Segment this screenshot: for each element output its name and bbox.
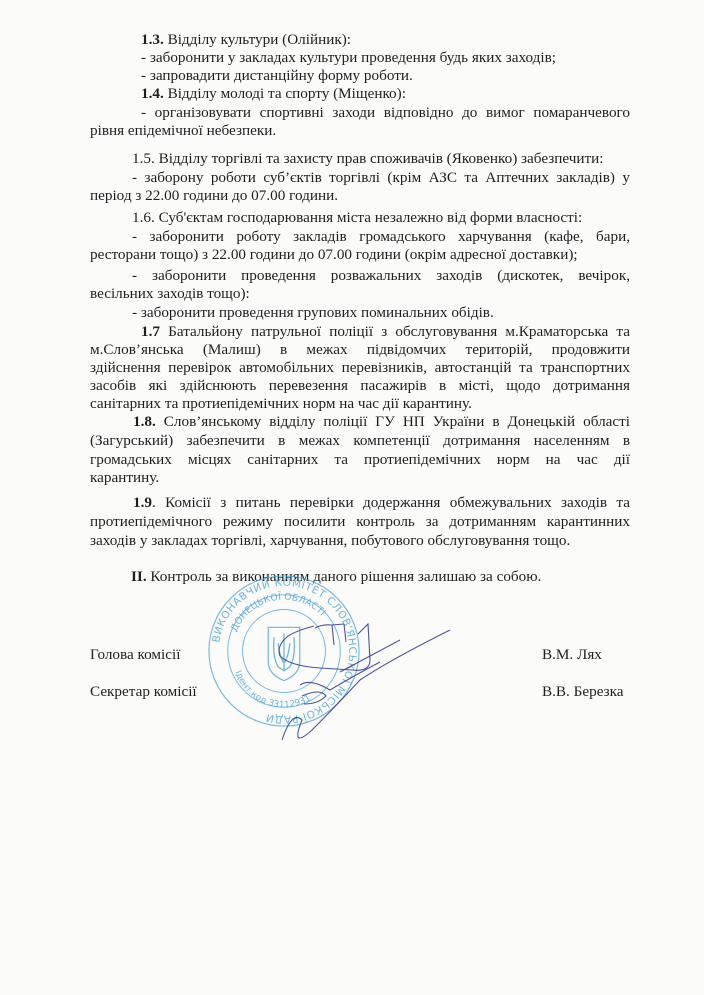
bullet: - заборону роботи суб’єктів торгівлі (кр… (132, 169, 630, 187)
chair-title: Голова комісії (90, 646, 180, 664)
bullet: - заборонити роботу закладів громадськог… (132, 228, 630, 246)
bullet: - заборонити проведення групових поминал… (132, 304, 494, 322)
paragraph-continuation: ресторани тощо) з 22.00 години до 07.00 … (90, 246, 578, 264)
section-1-7-heading: 1.7 Батальйону патрульної поліції з обсл… (141, 323, 630, 341)
section-1-9-heading: 1.9. Комісії з питань перевірки додержан… (133, 494, 630, 512)
section-1-5-heading: 1.5. Відділу торгівлі та захисту прав сп… (132, 150, 604, 168)
paragraph-continuation: карантину. (90, 469, 159, 487)
paragraph-continuation: засобів які здійснюють перевезення пасаж… (90, 377, 630, 395)
section-1-8-heading: 1.8. Слов’янському відділу поліції ГУ НП… (133, 413, 630, 431)
paragraph-continuation: м.Слов’янська (Малиш) в межах підвідомчи… (90, 341, 630, 359)
paragraph-continuation: здійснення перевірок автомобільних перев… (90, 359, 630, 377)
bullet: - заборонити проведення розважальних зах… (132, 267, 630, 285)
bullet: - заборонити у закладах культури проведе… (141, 49, 556, 67)
paragraph-continuation: період з 22.00 години до 07.00 години. (90, 187, 338, 205)
bullet: - запровадити дистанційну форму роботи. (141, 67, 413, 85)
section-1-6-heading: 1.6. Суб'єктам господарювання міста неза… (132, 209, 582, 227)
paragraph-continuation: громадських місцях санітарних та протиеп… (90, 451, 630, 469)
paragraph-continuation: санітарних та протиепідемічних норм на ч… (90, 395, 472, 413)
paragraph-continuation: весільних заходів тощо): (90, 285, 250, 303)
document-page: 1.3. Відділу культури (Олійник): - забор… (0, 0, 704, 995)
handwritten-signature-icon (240, 600, 560, 760)
paragraph-continuation: протиепідемічного режиму посилити контро… (90, 513, 630, 531)
paragraph-continuation: (Загурський) забезпечити в межах компете… (90, 432, 630, 450)
section-1-3-heading: 1.3. Відділу культури (Олійник): (141, 31, 351, 49)
section-1-4-heading: 1.4. Відділу молоді та спорту (Міщенко): (141, 85, 406, 103)
chair-name: В.М. Лях (542, 646, 602, 664)
paragraph-continuation: рівня епідемічної небезпеки. (90, 122, 276, 140)
secretary-title: Секретар комісії (90, 683, 197, 701)
bullet: - організовувати спортивні заходи відпов… (141, 104, 630, 122)
secretary-name: В.В. Березка (542, 683, 624, 701)
paragraph-continuation: заходів у закладах торгівлі, харчування,… (90, 532, 570, 550)
